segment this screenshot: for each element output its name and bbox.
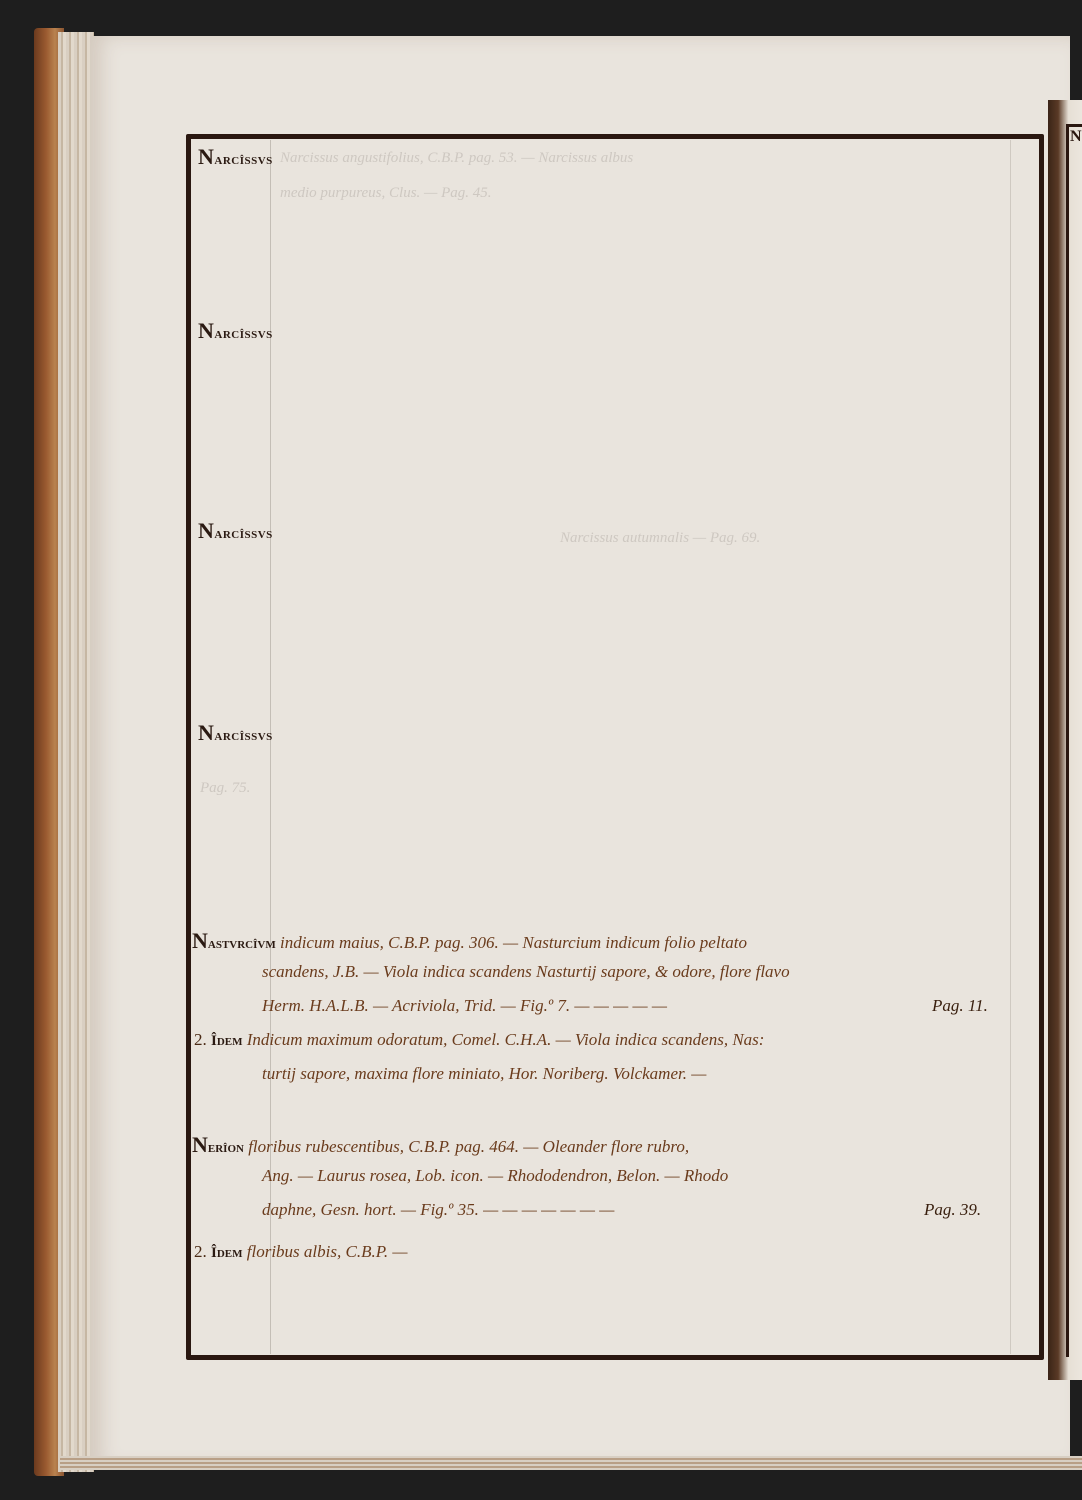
right-margin-rule: [1010, 140, 1011, 1354]
facing-page-initial: N: [1070, 128, 1082, 146]
heading-narcissus-4: Narcîssvs: [198, 720, 273, 746]
entry-nasturcium-line-3: Herm. H.A.L.B. — Acriviola, Trid. — Fig.…: [262, 996, 667, 1016]
entry-nerion-sub-line-1: 2. Îdem floribus albis, C.B.P. —: [194, 1242, 408, 1262]
heading-narcissus-2: Narcîssvs: [198, 318, 273, 344]
heading-narcissus-3: Narcîssvs: [198, 518, 273, 544]
entry-nasturcium-line-1: Nastvrcîvm indicum maius, C.B.P. pag. 30…: [192, 928, 747, 954]
bottom-page-edges: [60, 1456, 1082, 1470]
facing-page-frame: [1066, 124, 1082, 1357]
entry-nerion-line-3: daphne, Gesn. hort. — Fig.º 35. — — — — …: [262, 1200, 614, 1220]
entry-nasturcium-sub-line-1: 2. Îdem Indicum maximum odoratum, Comel.…: [194, 1030, 764, 1050]
page-reference: Pag. 39.: [924, 1200, 981, 1220]
entry-nasturcium-sub-line-2: turtij sapore, maxima flore miniato, Hor…: [262, 1064, 706, 1084]
page-edges: [58, 32, 94, 1472]
page-reference: Pag. 11.: [932, 996, 988, 1016]
entry-nerion-line-1: Nerîon floribus rubescentibus, C.B.P. pa…: [192, 1132, 689, 1158]
entry-nerion-line-2: Ang. — Laurus rosea, Lob. icon. — Rhodod…: [262, 1166, 728, 1186]
heading-narcissus-1: Narcîssvs: [198, 144, 273, 170]
entry-nasturcium-line-2: scandens, J.B. — Viola indica scandens N…: [262, 962, 790, 982]
